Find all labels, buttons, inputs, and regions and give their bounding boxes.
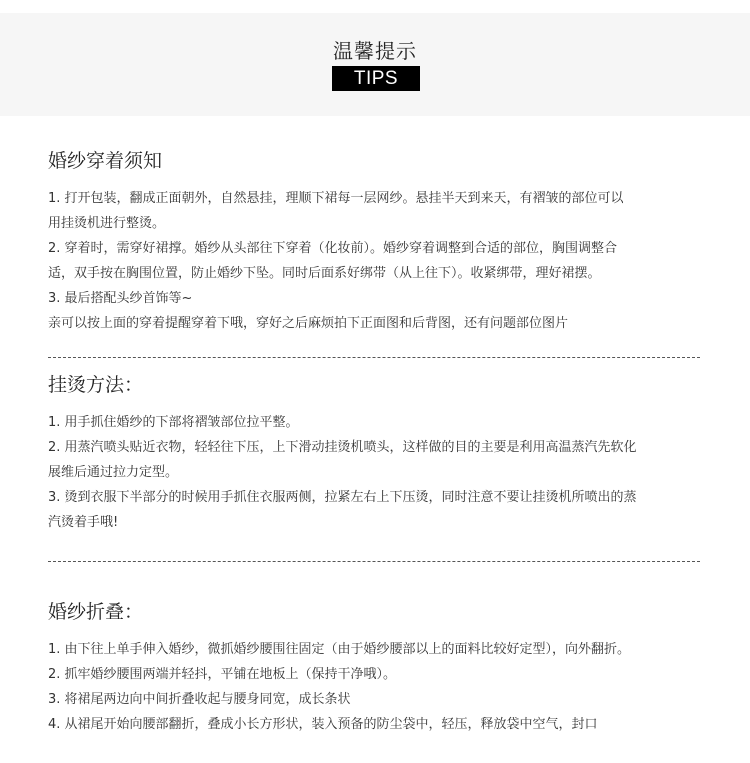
paragraph-line: 2. 穿着时，需穿好裙撑。婚纱从头部往下穿着（化妆前）。婚纱穿着调整到合适的部位… bbox=[48, 236, 708, 261]
dashed-divider bbox=[48, 357, 700, 358]
tips-badge: TIPS bbox=[332, 66, 420, 91]
section-wearing-instructions: 婚纱穿着须知 1. 打开包装，翻成正面朝外，自然悬挂，理顺下裙每一层网纱。悬挂半… bbox=[48, 146, 708, 336]
paragraph-line: 3. 最后搭配头纱首饰等~ bbox=[48, 286, 708, 311]
paragraph-line: 适，双手按在胸围位置，防止婚纱下坠。同时后面系好绑带（从上往下）。收紧绑带，理好… bbox=[48, 261, 708, 286]
paragraph-line: 用挂烫机进行整烫。 bbox=[48, 211, 708, 236]
paragraph-line: 1. 用手抓住婚纱的下部将褶皱部位拉平整。 bbox=[48, 410, 708, 435]
paragraph-line: 2. 抓牢婚纱腰围两端并轻抖，平铺在地板上（保持干净哦）。 bbox=[48, 662, 708, 687]
section-title: 挂烫方法： bbox=[48, 370, 708, 400]
paragraph-line: 展维后通过拉力定型。 bbox=[48, 460, 708, 485]
paragraph-line: 1. 打开包装，翻成正面朝外，自然悬挂，理顺下裙每一层网纱。悬挂半天到来天，有褶… bbox=[48, 186, 708, 211]
section-folding: 婚纱折叠： 1. 由下往上单手伸入婚纱，微抓婚纱腰围往固定（由于婚纱腰部以上的面… bbox=[48, 597, 708, 737]
section-title: 婚纱折叠： bbox=[48, 597, 708, 627]
section-steaming-method: 挂烫方法： 1. 用手抓住婚纱的下部将褶皱部位拉平整。 2. 用蒸汽喷头贴近衣物… bbox=[48, 370, 708, 535]
paragraph-line: 2. 用蒸汽喷头贴近衣物，轻轻往下压，上下滑动挂烫机喷头，这样做的目的主要是利用… bbox=[48, 435, 708, 460]
paragraph-line: 汽烫着手哦! bbox=[48, 510, 708, 535]
paragraph-line: 3. 将裙尾两边向中间折叠收起与腰身同宽，成长条状 bbox=[48, 687, 708, 712]
banner-title: 温馨提示 bbox=[0, 35, 750, 64]
dashed-divider bbox=[48, 561, 700, 562]
paragraph-line: 亲可以按上面的穿着提醒穿着下哦，穿好之后麻烦拍下正面图和后背图，还有问题部位图片 bbox=[48, 311, 708, 336]
section-title: 婚纱穿着须知 bbox=[48, 146, 708, 176]
tips-banner: 温馨提示 TIPS bbox=[0, 13, 750, 116]
paragraph-line: 4. 从裙尾开始向腰部翻折，叠成小长方形状，装入预备的防尘袋中，轻压，释放袋中空… bbox=[48, 712, 708, 737]
paragraph-line: 1. 由下往上单手伸入婚纱，微抓婚纱腰围往固定（由于婚纱腰部以上的面料比较好定型… bbox=[48, 637, 708, 662]
paragraph-line: 3. 烫到衣服下半部分的时候用手抓住衣服两侧，拉紧左右上下压烫，同时注意不要让挂… bbox=[48, 485, 708, 510]
